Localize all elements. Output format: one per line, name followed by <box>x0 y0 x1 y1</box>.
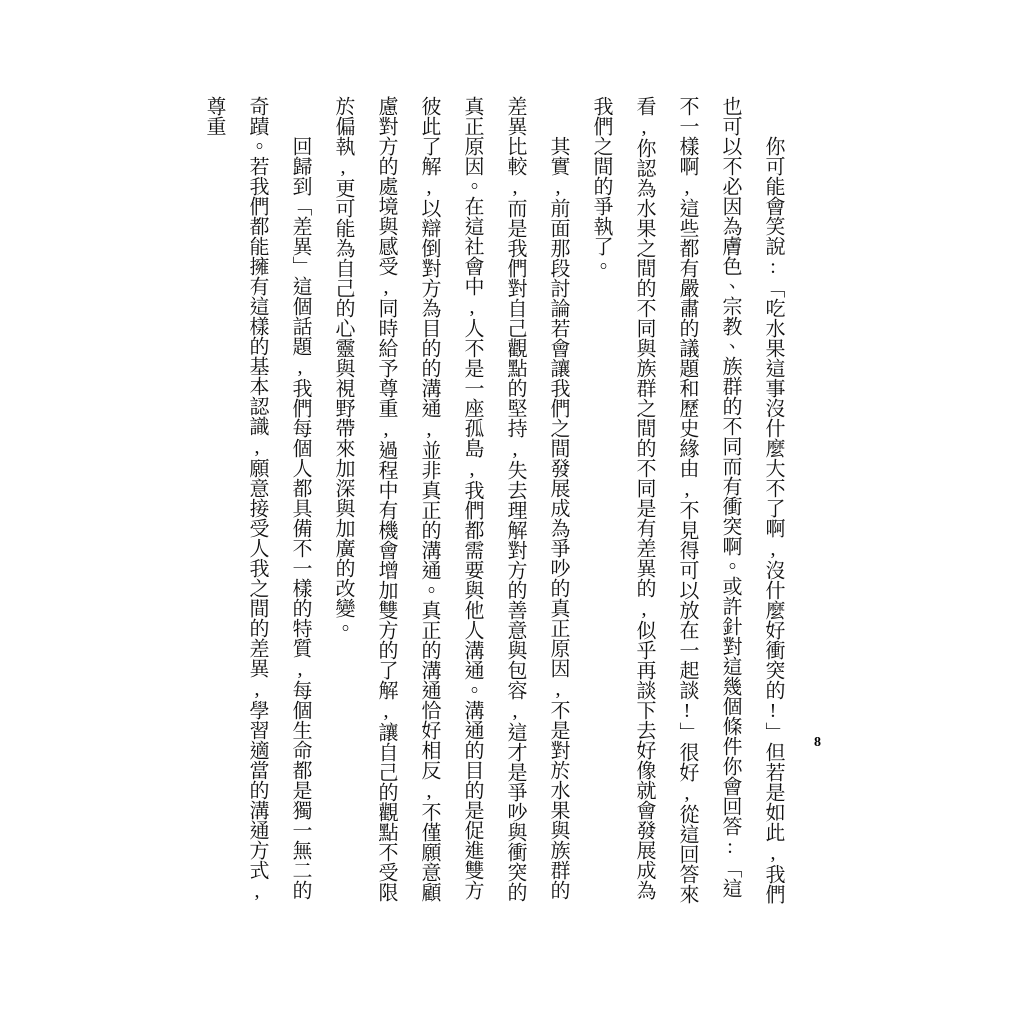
paragraph: 回歸到「差異」這個話題,我們每個人都具備不一樣的特質,每個生命都是獨一無二的奇蹟… <box>192 96 321 917</box>
book-page: 你可能會笑說:「吃水果這事沒什麼大不了啊,沒什麼好衝突的!」但若是如此,我們也可… <box>0 0 1024 1024</box>
vertical-text-block: 你可能會笑說:「吃水果這事沒什麼大不了啊,沒什麼好衝突的!」但若是如此,我們也可… <box>234 96 794 917</box>
page-number: 8 <box>814 735 821 751</box>
paragraph: 其實,前面那段討論若會讓我們之間發展成為爭吵的真正原因,不是對於水果與族群的差異… <box>321 96 579 917</box>
paragraph: 你可能會笑說:「吃水果這事沒什麼大不了啊,沒什麼好衝突的!」但若是如此,我們也可… <box>579 96 794 917</box>
